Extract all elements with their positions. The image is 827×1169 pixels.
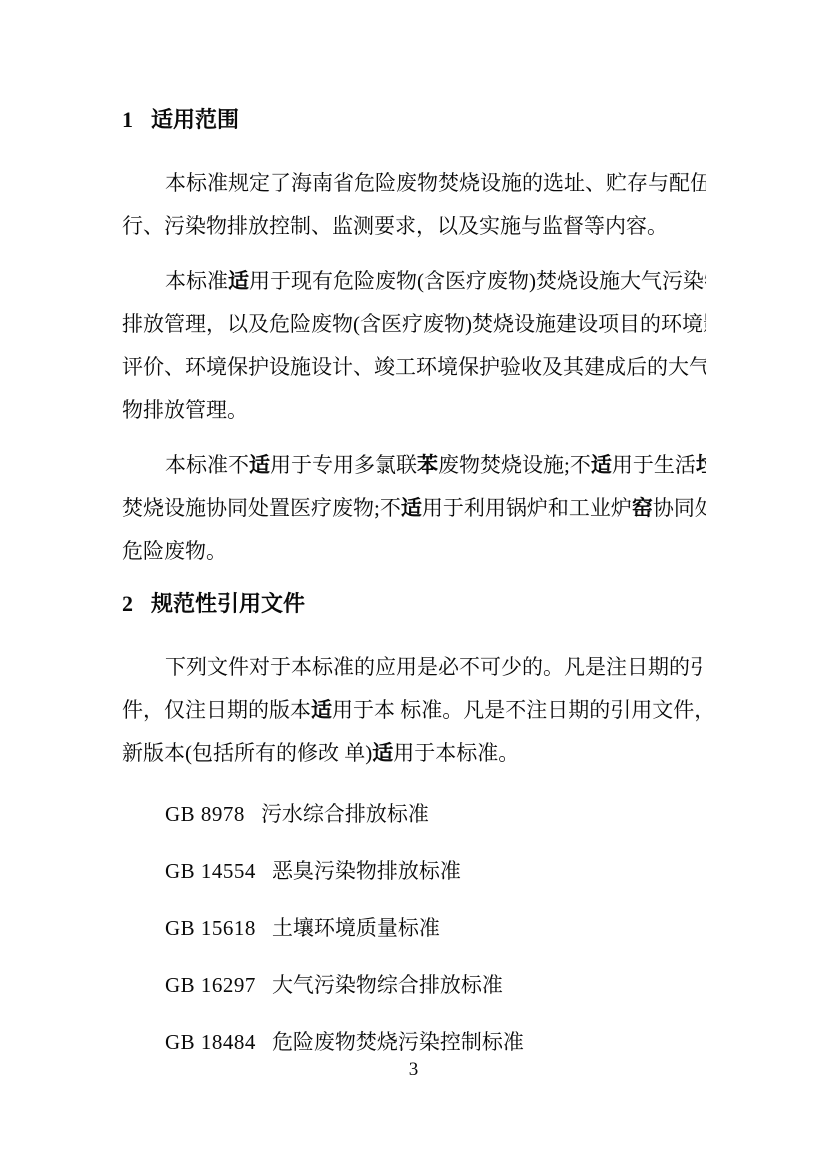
paragraph: 下列文件对于本标准的应用是必不可少的。凡是注日期的引用文件，仅注日期的版本适用于… — [122, 646, 706, 775]
reference-item: GB 14554恶臭污染物排放标准 — [122, 843, 706, 900]
text-line: 新版本(包括所有的修改 单)适用于本标准。 — [122, 732, 706, 775]
text-line: 件，仅注日期的版本适用于本 标准。凡是不注日期的引用文件，其最 — [122, 689, 706, 732]
bold-text: 适 — [311, 698, 332, 722]
text-line: 危险废物。 — [122, 530, 706, 573]
bold-text: 适 — [591, 453, 612, 477]
section-number: 1 — [122, 105, 133, 135]
section-heading: 2规范性引用文件 — [122, 589, 706, 619]
document-content: 1适用范围本标准规定了海南省危险废物焚烧设施的选址、贮存与配伍、运行、污染物排放… — [122, 105, 706, 1071]
text-line: 下列文件对于本标准的应用是必不可少的。凡是注日期的引用文 — [122, 646, 706, 689]
reference-title: 大气污染物综合排放标准 — [272, 973, 503, 997]
paragraph: 本标准适用于现有危险废物(含医疗废物)焚烧设施大气污染物排放管理，以及危险废物(… — [122, 260, 706, 432]
reference-title: 污水综合排放标准 — [261, 802, 429, 826]
paragraph: 本标准不适用于专用多氯联苯废物焚烧设施;不适用于生活垃圾焚烧设施协同处置医疗废物… — [122, 444, 706, 573]
bold-text: 垃圾 — [696, 453, 706, 477]
page-number: 3 — [409, 1059, 419, 1080]
paragraph: 本标准规定了海南省危险废物焚烧设施的选址、贮存与配伍、运行、污染物排放控制、监测… — [122, 162, 706, 248]
reference-code: GB 8978 — [165, 786, 245, 843]
reference-code: GB 14554 — [165, 843, 256, 900]
bold-text: 苯 — [417, 453, 438, 477]
text-line: 行、污染物排放控制、监测要求，以及实施与监督等内容。 — [122, 205, 706, 248]
reference-item: GB 15618土壤环境质量标准 — [122, 900, 706, 957]
page-footer: 3 — [0, 1058, 827, 1082]
bold-text: 窑 — [632, 496, 653, 520]
bold-text: 适 — [228, 269, 249, 293]
document-page: 1适用范围本标准规定了海南省危险废物焚烧设施的选址、贮存与配伍、运行、污染物排放… — [0, 0, 827, 1169]
bold-text: 适 — [372, 741, 393, 765]
text-line: 本标准规定了海南省危险废物焚烧设施的选址、贮存与配伍、运 — [122, 162, 706, 205]
reference-title: 危险废物焚烧污染控制标准 — [272, 1030, 524, 1054]
text-line: 评价、环境保护设施设计、竣工环境保护验收及其建成后的大气污染 — [122, 346, 706, 389]
section-heading: 1适用范围 — [122, 105, 706, 135]
text-line: 本标准不适用于专用多氯联苯废物焚烧设施;不适用于生活垃圾 — [122, 444, 706, 487]
text-line: 焚烧设施协同处置医疗废物;不适用于利用锅炉和工业炉窑协同处置 — [122, 487, 706, 530]
reference-code: GB 16297 — [165, 957, 256, 1014]
section-title: 适用范围 — [151, 107, 239, 132]
reference-title: 恶臭污染物排放标准 — [272, 859, 461, 883]
reference-title: 土壤环境质量标准 — [272, 916, 440, 940]
text-line: 本标准适用于现有危险废物(含医疗废物)焚烧设施大气污染物 — [122, 260, 706, 303]
text-line: 排放管理，以及危险废物(含医疗废物)焚烧设施建设项目的环境影响 — [122, 303, 706, 346]
section-number: 2 — [122, 589, 133, 619]
section-title: 规范性引用文件 — [151, 591, 305, 616]
reference-item: GB 16297大气污染物综合排放标准 — [122, 957, 706, 1014]
reference-code: GB 15618 — [165, 900, 256, 957]
bold-text: 适 — [401, 496, 422, 520]
bold-text: 适 — [249, 453, 270, 477]
reference-item: GB 8978污水综合排放标准 — [122, 786, 706, 843]
text-line: 物排放管理。 — [122, 389, 706, 432]
